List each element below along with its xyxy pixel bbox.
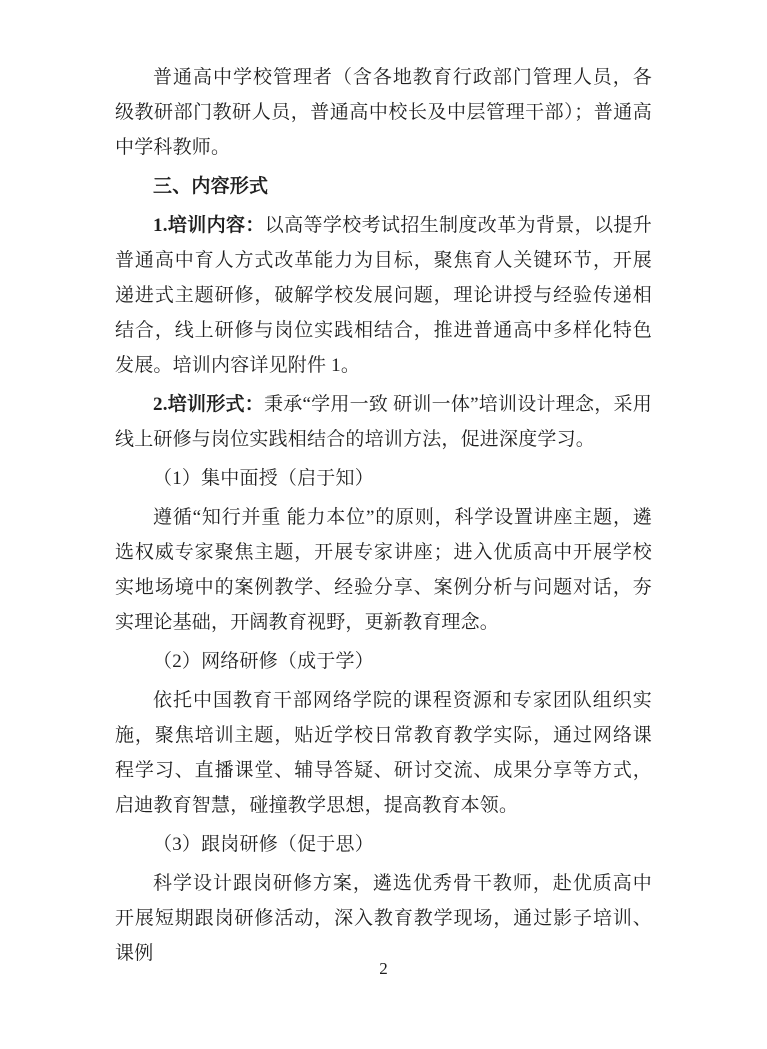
paragraph-face-to-face: 遵循“知行并重 能力本位”的原则，科学设置讲座主题，遴选权威专家聚焦主题，开展专… xyxy=(115,500,652,640)
subsection-heading-job-shadowing: （3）跟岗研修（促于思） xyxy=(115,827,652,862)
paragraph-audience: 普通高中学校管理者（含各地教育行政部门管理人员，各级教研部门教研人员，普通高中校… xyxy=(115,60,652,165)
page-body: 普通高中学校管理者（含各地教育行政部门管理人员，各级教研部门教研人员，普通高中校… xyxy=(115,60,652,975)
training-content-label: 1.培训内容： xyxy=(153,215,265,236)
training-content-text: 以高等学校考试招生制度改革为背景，以提升普通高中育人方式改革能力为目标，聚焦育人… xyxy=(115,215,652,376)
page-number: 2 xyxy=(115,958,652,980)
paragraph-online-study: 依托中国教育干部网络学院的课程资源和专家团队组织实施，聚焦培训主题，贴近学校日常… xyxy=(115,683,652,823)
subsection-heading-face-to-face: （1）集中面授（启于知） xyxy=(115,461,652,496)
subsection-heading-online-study: （2）网络研修（成于学） xyxy=(115,644,652,679)
document-page: 普通高中学校管理者（含各地教育行政部门管理人员，各级教研部门教研人员，普通高中校… xyxy=(0,0,767,1049)
section-heading-content-form: 三、内容形式 xyxy=(115,169,652,204)
paragraph-training-form: 2.培训形式：秉承“学用一致 研训一体”培训设计理念，采用线上研修与岗位实践相结… xyxy=(115,387,652,457)
paragraph-training-content: 1.培训内容：以高等学校考试招生制度改革为背景，以提升普通高中育人方式改革能力为… xyxy=(115,208,652,383)
paragraph-job-shadowing: 科学设计跟岗研修方案，遴选优秀骨干教师，赴优质高中开展短期跟岗研修活动，深入教育… xyxy=(115,866,652,971)
training-form-label: 2.培训形式： xyxy=(153,394,264,415)
